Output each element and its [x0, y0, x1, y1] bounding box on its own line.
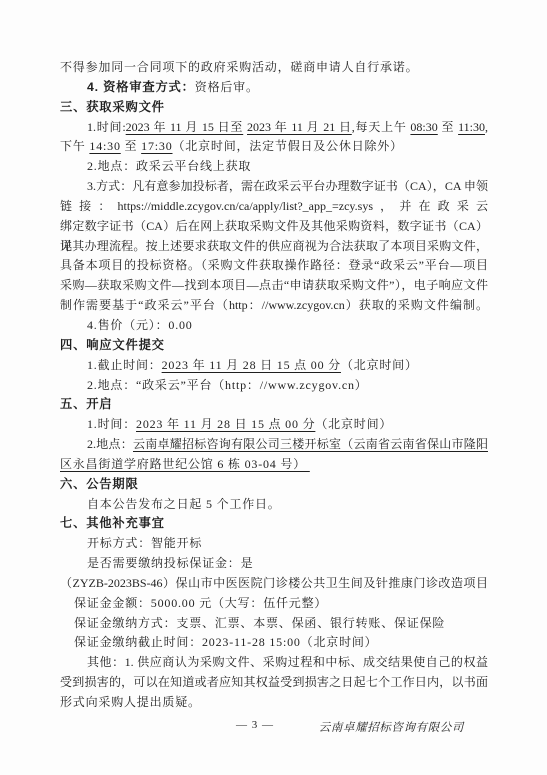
text-segment: 17:30 [141, 139, 172, 153]
text-segment: 七、其他补充事宜 [60, 516, 165, 530]
text-segment: （北京时间，法定节假日及公休日除外） [173, 139, 403, 153]
text-segment: 四、响应文件提交 [60, 338, 165, 352]
text-segment: 至 [121, 139, 141, 153]
text-segment: 11:30 [458, 120, 485, 134]
text-segment: 2.地点： [87, 437, 133, 451]
text-segment: 2023 年 11 月 21 日 [247, 120, 352, 134]
text-segment: 其他：1. 供应商认为采购文件、采购过程和中标、成交结果使自己的权益 [87, 655, 488, 669]
document-page: 不得参加同一合同项下的政府采购活动，磋商申请人自行承诺。4. 资格审查方式：资格… [0, 0, 547, 775]
text-line: 自本公告发布之日起 5 个工作日。 [60, 495, 488, 515]
section-heading: 六、公告期限 [60, 475, 488, 495]
text-segment: 采购—获取采购文件—找到本项目—点击“申请获取采购文件”），电子响应文件 [60, 278, 488, 292]
text-line: 2.地点：云南卓耀招标咨询有限公司三楼开标室（云南省云南省保山市隆阳 [60, 435, 488, 455]
text-segment: （北京时间） [341, 358, 418, 372]
text-line: 制作需要基于“政采云”平台（http：//www.zcygov.cn）获取的采购… [60, 296, 488, 316]
text-segment: 云南卓耀招标咨询有限公司三楼开标室（云南省云南省保山市隆阳 [133, 437, 488, 451]
text-line: 保证金缴纳截止时间：2023-11-28 15:00（北京时间） [60, 633, 488, 653]
text-segment: 资格后审。 [195, 80, 259, 94]
document-body: 不得参加同一合同项下的政府采购活动，磋商申请人自行承诺。4. 资格审查方式：资格… [60, 58, 488, 713]
text-line: 4.售价（元）：0.00 [60, 316, 488, 336]
text-segment: 保证金缴纳截止时间：2023-11-28 15:00（北京时间） [74, 635, 377, 649]
section-heading: 三、获取采购文件 [60, 98, 488, 118]
text-segment: 2023 年 11 月 28 日 15 点 00 分 [162, 358, 341, 372]
text-segment: 1.时间： [87, 417, 136, 431]
text-line: 不得参加同一合同项下的政府采购活动，磋商申请人自行承诺。 [60, 58, 488, 78]
text-segment: 保证金缴纳方式：支票、汇票、本票、保函、银行转账、保证保险 [74, 616, 445, 630]
text-line: 绑定数字证书（CA）后在网上获取采购文件及其他采购资料，数字证书（CA）详 [60, 217, 488, 237]
text-segment: 1.时间: [87, 120, 126, 134]
text-segment: 五、开启 [60, 397, 112, 411]
text-line: 区永昌街道学府路世纪公馆 6 栋 03-04 号） [60, 455, 488, 475]
text-line: 其他：1. 供应商认为采购文件、采购过程和中标、成交结果使自己的权益 [60, 653, 488, 673]
text-segment: 形式向采购人提出质疑。 [60, 695, 201, 709]
text-line: 具备本项目的投标资格。（采购文件获取操作路径：登录“政采云”平台—项目 [60, 256, 488, 276]
text-segment: 制作需要基于“政采云”平台（http：//www.zcygov.cn）获取的采购… [60, 298, 488, 312]
text-segment: 3.方式：凡有意参加投标者，需在政采云平台办理数字证书（CA），CA 申领 [87, 179, 488, 193]
text-line: 开标方式：智能开标 [60, 534, 488, 554]
text-segment: ,每天上午 [352, 120, 411, 134]
text-line: 1.时间：2023 年 11 月 28 日 15 点 00 分（北京时间） [60, 415, 488, 435]
text-segment: 1.截止时间： [87, 358, 162, 372]
text-segment: 保证金金额：5000.00 元（大写：伍仟元整） [74, 596, 327, 610]
text-segment: 开标方式：智能开标 [87, 536, 202, 550]
text-line: 形式向采购人提出质疑。 [60, 693, 488, 713]
text-segment: 区永昌街道学府路世纪公馆 6 栋 03-04 号） [60, 457, 310, 471]
text-segment: 2.地点：政采云平台线上获取 [87, 159, 251, 173]
text-segment: 2023 年 11 月 28 日 15 点 00 分 [136, 417, 315, 431]
text-segment: , [485, 120, 488, 134]
text-line: 4. 资格审查方式：资格后审。 [60, 78, 488, 98]
text-line: 1.时间:2023 年 11 月 15 日至 2023 年 11 月 21 日,… [60, 118, 488, 138]
text-segment: 具备本项目的投标资格。（采购文件获取操作路径：登录“政采云”平台—项目 [60, 258, 488, 272]
text-line: 受到损害的，可以在知道或者应知其权益受到损害之日起七个工作日内，以书面 [60, 673, 488, 693]
text-segment: （ZYZB-2023BS-46）保山市中医医院门诊楼公共卫生间及针推康门诊改造项… [60, 576, 488, 590]
text-line: 保证金金额：5000.00 元（大写：伍仟元整） [60, 594, 488, 614]
text-segment: 4. 资格审查方式： [87, 80, 195, 94]
text-line: 链接：https://middle.zcygov.cn/ca/apply/lis… [60, 197, 488, 217]
text-line: 是否需要缴纳投标保证金：是 [60, 554, 488, 574]
text-segment: 受到损害的，可以在知道或者应知其权益受到损害之日起七个工作日内，以书面 [60, 675, 488, 689]
text-line: 保证金缴纳方式：支票、汇票、本票、保函、银行转账、保证保险 [60, 614, 488, 634]
text-line: 2.地点：政采云平台线上获取 [60, 157, 488, 177]
footer-company: 云南卓耀招标咨询有限公司 [319, 719, 464, 735]
page-number: — 3 — [236, 719, 274, 731]
text-line: 3.方式：凡有意参加投标者，需在政采云平台办理数字证书（CA），CA 申领 [60, 177, 488, 197]
text-segment: 2.地点：“政采云”平台（http：//www.zcygov.cn） [87, 378, 368, 392]
text-segment: 三、获取采购文件 [60, 100, 165, 114]
text-segment: （北京时间） [315, 417, 392, 431]
text-segment: 是否需要缴纳投标保证金：是 [87, 556, 253, 570]
text-segment: 见其办理流程。按上述要求获取文件的供应商视为合法获取了本项目采购文件， [60, 239, 488, 253]
section-heading: 七、其他补充事宜 [60, 514, 488, 534]
text-segment: 4.售价（元）：0.00 [87, 318, 193, 332]
text-segment: 下午 [60, 139, 89, 153]
text-segment: 2023 年 11 月 15 日至 [126, 120, 244, 134]
text-line: 下午 14:30 至 17:30（北京时间，法定节假日及公休日除外） [60, 137, 488, 157]
text-segment: 至 [438, 120, 458, 134]
page-footer: — 3 — 云南卓耀招标咨询有限公司 [60, 719, 488, 739]
section-heading: 五、开启 [60, 395, 488, 415]
section-heading: 四、响应文件提交 [60, 336, 488, 356]
text-segment: 六、公告期限 [60, 477, 139, 491]
text-segment: 不得参加同一合同项下的政府采购活动，磋商申请人自行承诺。 [60, 60, 418, 74]
text-line: 见其办理流程。按上述要求获取文件的供应商视为合法获取了本项目采购文件， [60, 237, 488, 257]
text-line: （ZYZB-2023BS-46）保山市中医医院门诊楼公共卫生间及针推康门诊改造项… [60, 574, 488, 594]
text-segment: 08:30 [410, 120, 437, 134]
text-segment: 自本公告发布之日起 5 个工作日。 [87, 497, 281, 511]
text-segment: 链接：https://middle.zcygov.cn/ca/apply/lis… [60, 199, 488, 213]
text-line: 采购—获取采购文件—找到本项目—点击“申请获取采购文件”），电子响应文件 [60, 276, 488, 296]
text-line: 2.地点：“政采云”平台（http：//www.zcygov.cn） [60, 376, 488, 396]
text-line: 1.截止时间：2023 年 11 月 28 日 15 点 00 分（北京时间） [60, 356, 488, 376]
text-segment: 14:30 [89, 139, 120, 153]
